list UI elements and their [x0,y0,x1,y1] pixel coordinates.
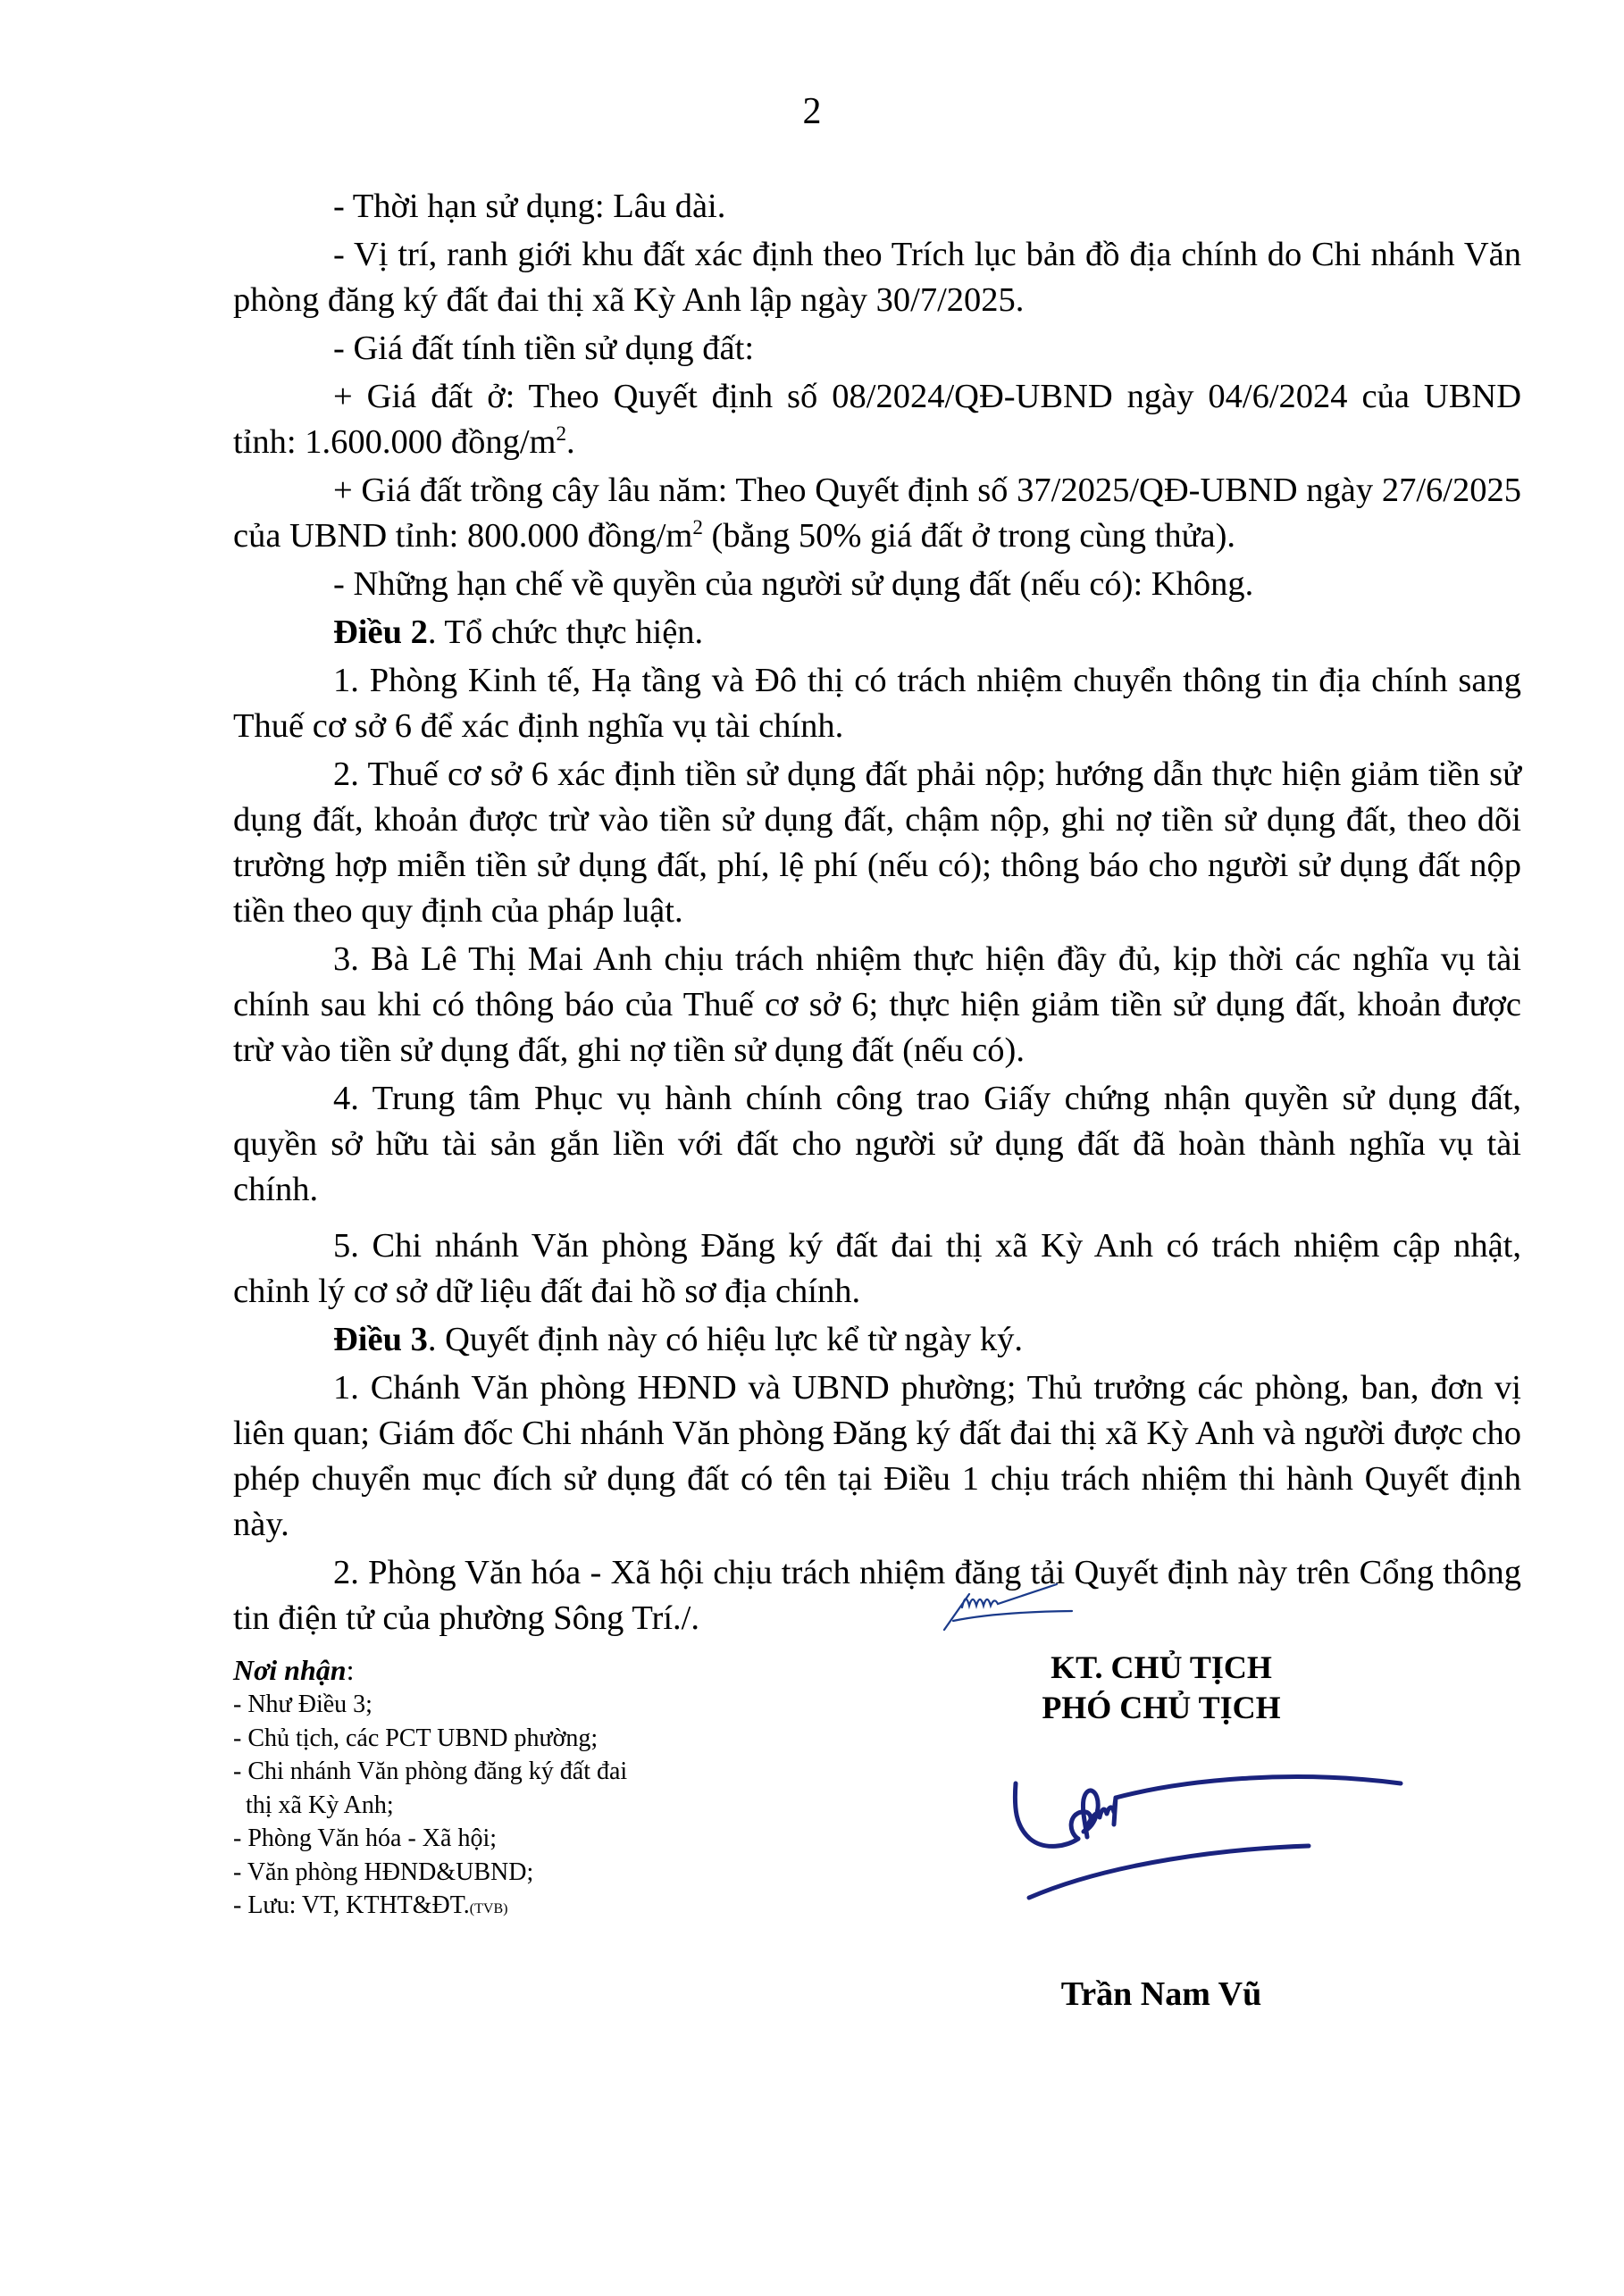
article-2-item-1: 1. Phòng Kinh tế, Hạ tầng và Đô thị có t… [233,658,1521,749]
article-3-item-1: 1. Chánh Văn phòng HĐND và UBND phường; … [233,1365,1521,1548]
recipient-item: - Lưu: VT, KTHT&ĐT.(TVB) [233,1889,769,1926]
article-2-item-5: 5. Chi nhánh Văn phòng Đăng ký đất đai t… [233,1223,1521,1315]
usage-restrictions: - Những hạn chế về quyền của người sử dụ… [233,562,1521,607]
article-3-item-2: 2. Phòng Văn hóa - Xã hội chịu trách nhi… [233,1550,1521,1641]
article-2-item-2: 2. Thuế cơ sở 6 xác định tiền sử dụng đấ… [233,752,1521,934]
residential-land-price: + Giá đất ở: Theo Quyết định số 08/2024/… [233,374,1521,465]
usage-term: - Thời hạn sử dụng: Lâu dài. [233,184,1521,230]
recipient-item: - Phòng Văn hóa - Xã hội; [233,1822,769,1856]
document-body: - Thời hạn sử dụng: Lâu dài. - Vị trí, r… [233,184,1521,1644]
article-2-item-4: 4. Trung tâm Phục vụ hành chính công tra… [233,1076,1521,1213]
article-2-heading: Điều 2. Tổ chức thực hiện. [233,610,1521,655]
recipient-item: thị xã Kỳ Anh; [233,1789,769,1823]
article-2-item-3: 3. Bà Lê Thị Mai Anh chịu trách nhiệm th… [233,937,1521,1073]
article-2-label: Điều 2 [333,614,428,651]
page-number: 2 [0,89,1624,134]
recipient-item: - Chủ tịch, các PCT UBND phường; [233,1722,769,1756]
location-boundary: - Vị trí, ranh giới khu đất xác định the… [233,232,1521,323]
initial-signature-icon [942,1581,1076,1634]
recipient-item: - Văn phòng HĐND&UBND; [233,1856,769,1890]
recipient-item: - Chi nhánh Văn phòng đăng ký đất đai [233,1755,769,1789]
signatory-title: KT. CHỦ TỊCH PHÓ CHỦ TỊCH [983,1648,1340,1728]
article-3-heading: Điều 3. Quyết định này có hiệu lực kể từ… [233,1317,1521,1363]
signer-name: Trần Nam Vũ [983,1974,1340,2015]
article-3-label: Điều 3 [333,1321,428,1358]
recipient-item: - Như Điều 3; [233,1688,769,1722]
recipients-title: Nơi nhận: [233,1652,769,1688]
perennial-land-price: + Giá đất trồng cây lâu năm: Theo Quyết … [233,468,1521,559]
land-price-heading: - Giá đất tính tiền sử dụng đất: [233,326,1521,372]
signature-icon [1005,1773,1434,1916]
signatory-line-1: KT. CHỦ TỊCH [983,1648,1340,1688]
signatory-line-2: PHÓ CHỦ TỊCH [983,1688,1340,1728]
recipients-list: Nơi nhận: - Như Điều 3; - Chủ tịch, các … [233,1652,769,1926]
